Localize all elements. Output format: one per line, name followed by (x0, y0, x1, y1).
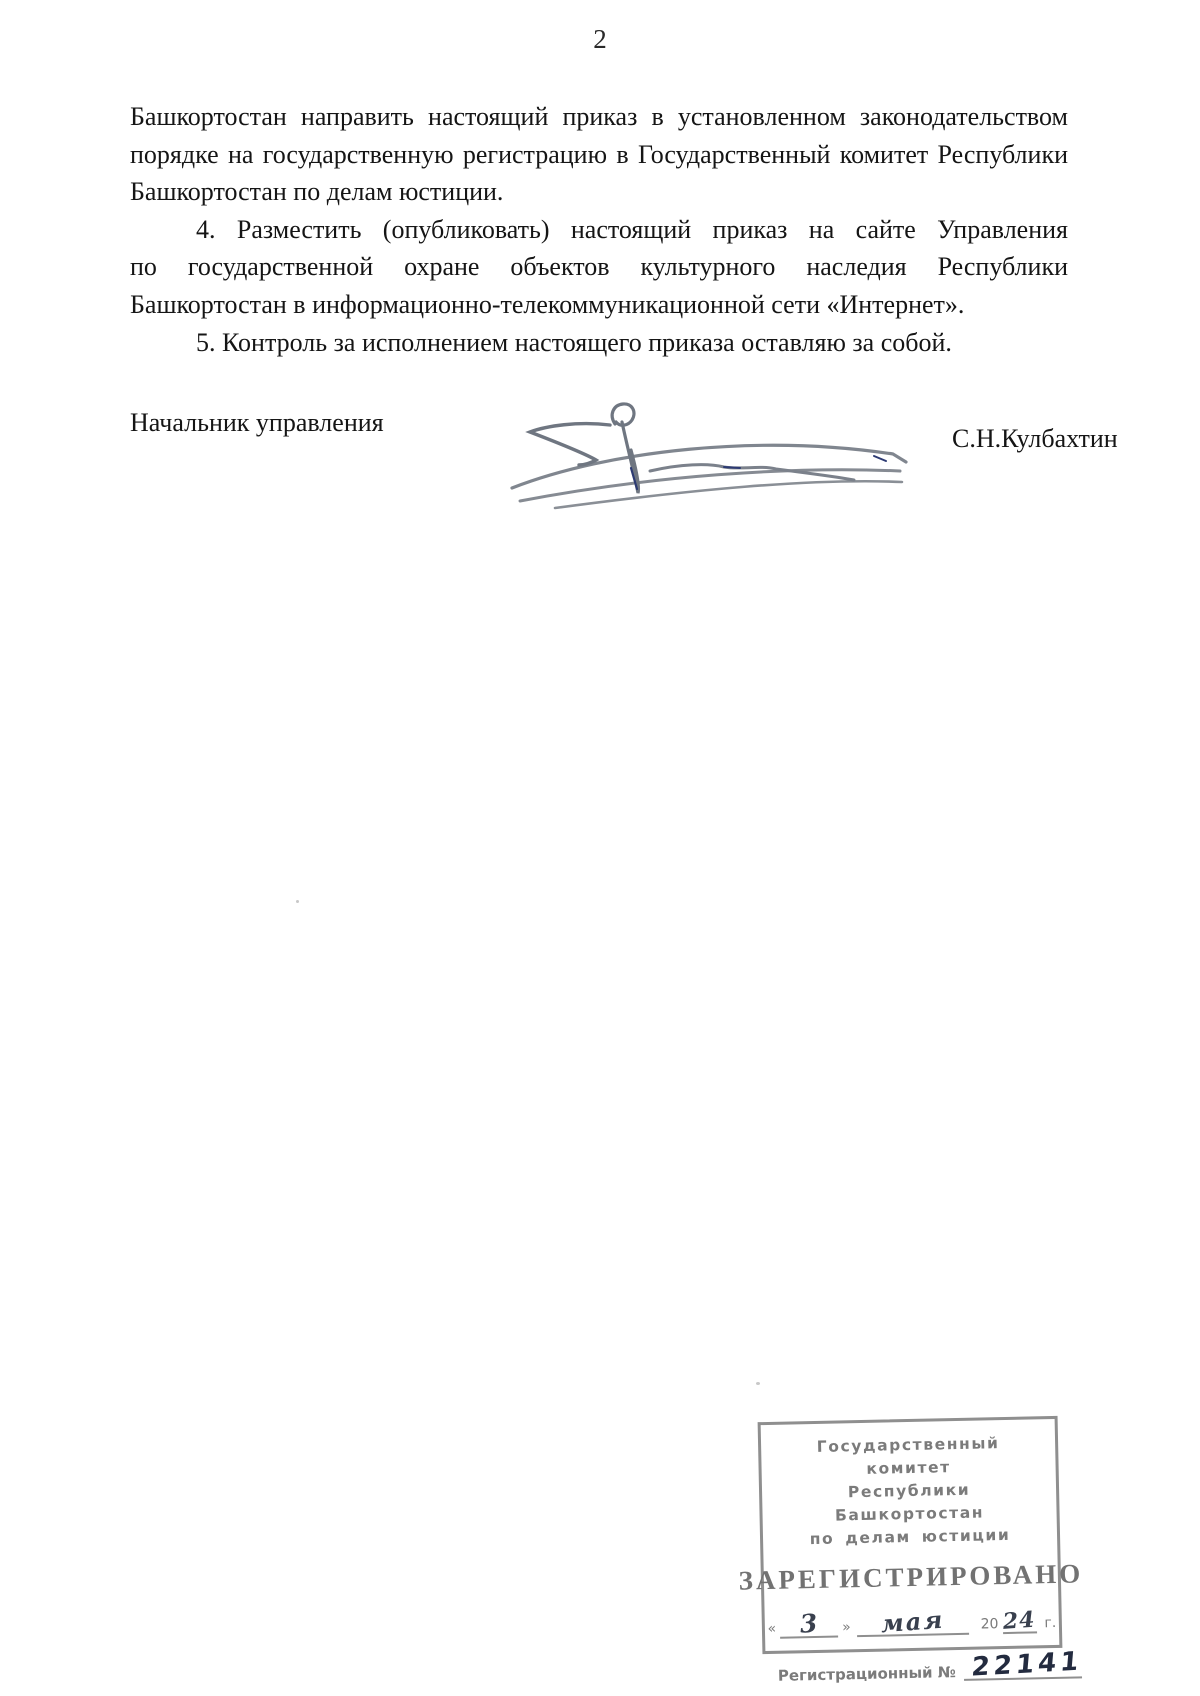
handwritten-year: 24 (1002, 1609, 1036, 1633)
signer-position: Начальник управления (130, 408, 384, 438)
stamp-org-line: по делам юстиции (775, 1523, 1045, 1552)
handwritten-registration-number: 22141 (970, 1648, 1083, 1680)
body-line: Башкортостан направить настоящий приказ … (130, 98, 1068, 136)
stamp-year-slot: 24 (1002, 1609, 1036, 1634)
scan-speck (296, 900, 299, 903)
stamp-registered-label: ЗАРЕГИСТРИРОВАНО (738, 1558, 1083, 1596)
body-line: 4. Разместить (опубликовать) настоящий п… (130, 211, 1068, 249)
registration-number-slot: 22141 (963, 1650, 1082, 1680)
body-line: по государственной охране объектов культ… (130, 248, 1068, 286)
document-page: 2 Башкортостан направить настоящий прика… (0, 0, 1200, 1696)
close-quote: » (842, 1619, 851, 1637)
stamp-day-slot: 3 (780, 1611, 839, 1639)
handwritten-month: мая (880, 1608, 945, 1637)
handwritten-day: 3 (799, 1611, 818, 1637)
stamp-org-line: Республики Башкортостан (774, 1477, 1045, 1529)
body-line: Башкортостан в информационно-телекоммуни… (130, 286, 1068, 324)
body-line: порядке на государственную регистрацию в… (130, 136, 1068, 174)
stamp-org-line: Государственный комитет (773, 1431, 1044, 1483)
registration-label: Регистрационный № (778, 1663, 956, 1685)
body-line: 5. Контроль за исполнением настоящего пр… (130, 324, 1068, 362)
stamp-organization: Государственный комитет Республики Башко… (773, 1431, 1045, 1552)
year-suffix: г. (1040, 1615, 1056, 1633)
handwritten-signature (460, 372, 920, 517)
year-prefix: 20 (974, 1616, 1000, 1635)
body-line: Башкортостан по делам юстиции. (130, 173, 1068, 211)
scan-speck (756, 1382, 760, 1385)
stamp-registration-row: Регистрационный № 22141 (778, 1651, 1049, 1685)
signer-name: С.Н.Кулбахтин (952, 424, 1118, 454)
page-number: 2 (0, 24, 1200, 55)
stamp-date-row: « 3 » мая 20 24 г. (777, 1606, 1048, 1639)
open-quote: « (767, 1621, 776, 1639)
stamp-month-slot: мая (856, 1609, 969, 1637)
document-body: Башкортостан направить настоящий приказ … (130, 98, 1068, 361)
registration-stamp: Государственный комитет Республики Башко… (758, 1416, 1063, 1654)
